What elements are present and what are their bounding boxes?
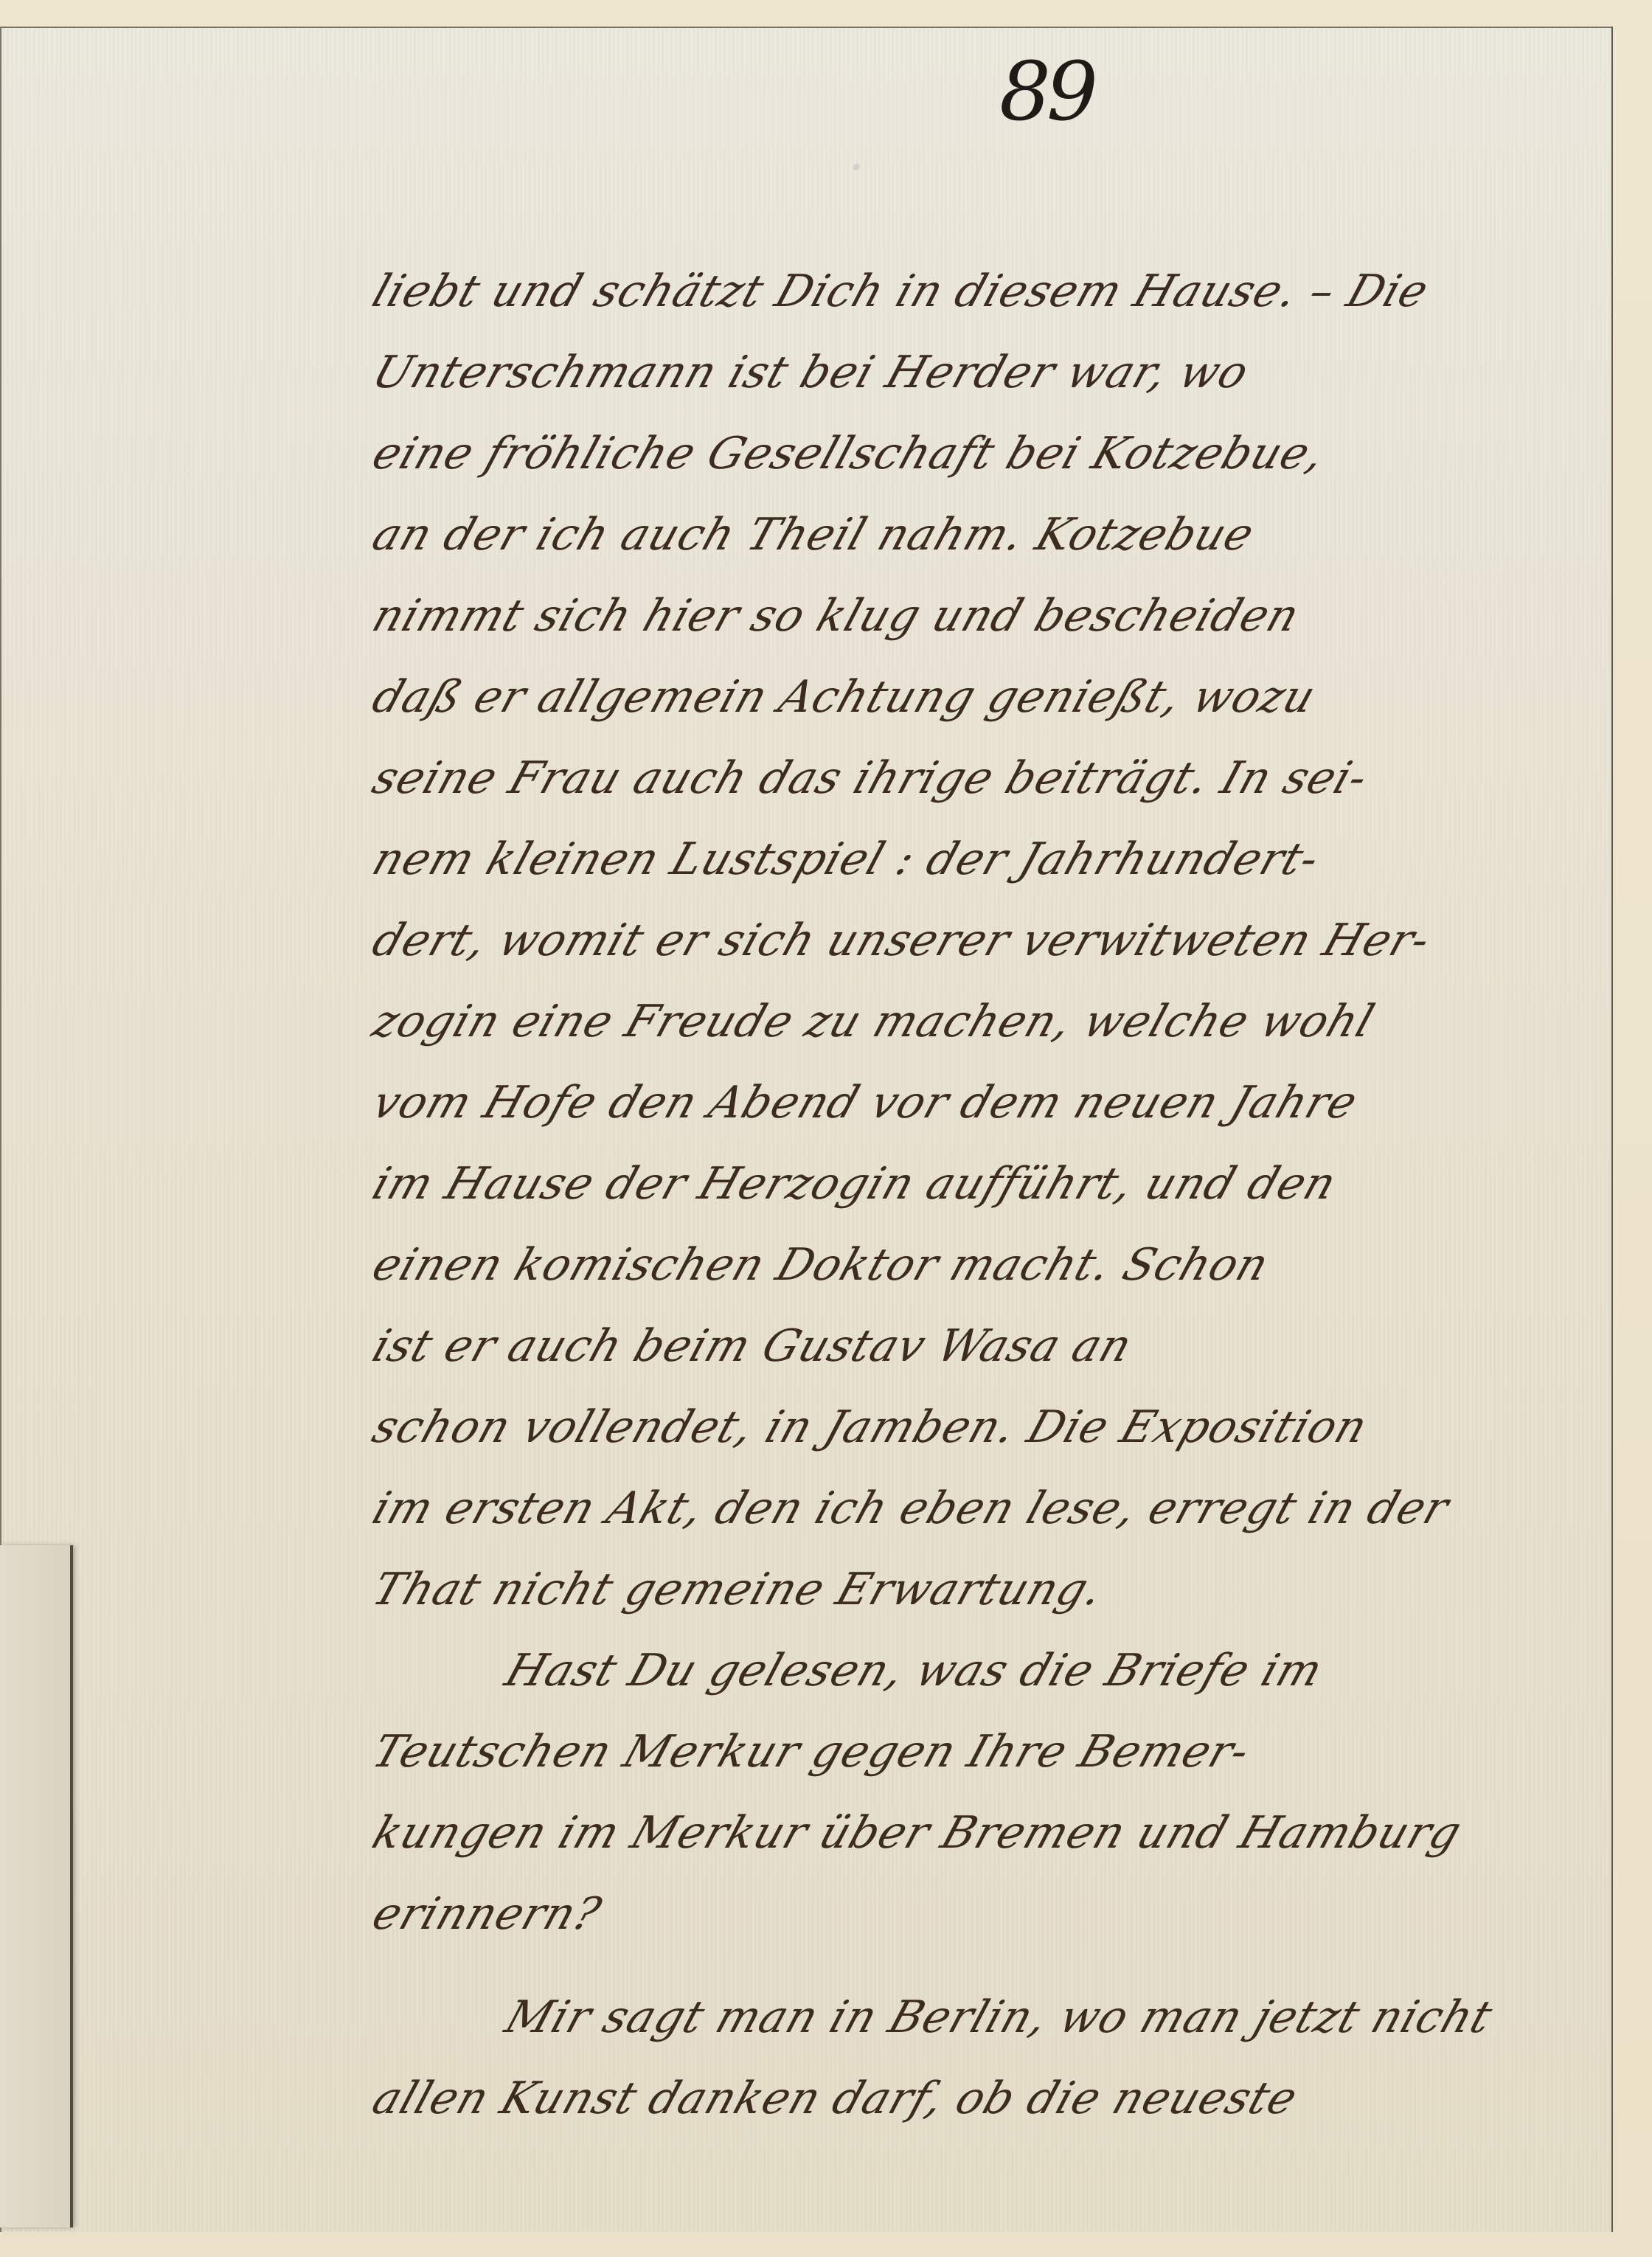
page-number: 89 [999, 44, 1094, 139]
text-line: nimmt sich hier so klug und bescheiden [361, 575, 1627, 656]
text-line: kungen im Merkur über Bremen und Hamburg [361, 1792, 1627, 1873]
text-line: eine fröhliche Gesellschaft bei Kotzebue… [361, 413, 1627, 494]
text-line: im Hause der Herzogin aufführt, und den [361, 1143, 1627, 1224]
text-line: im ersten Akt, den ich eben lese, erregt… [361, 1468, 1627, 1549]
text-line: Teutschen Merkur gegen Ihre Bemer- [361, 1711, 1627, 1792]
text-line: daß er allgemein Achtung genießt, wozu [361, 656, 1627, 738]
text-line: erinnern? [361, 1873, 1627, 1955]
text-line: vom Hofe den Abend vor dem neuen Jahre [361, 1062, 1627, 1143]
handwritten-text-block: liebt und schätzt Dich in diesem Hause. … [361, 251, 1600, 2139]
text-line: nem kleinen Lustspiel : der Jahrhundert- [361, 819, 1627, 900]
text-line: zogin eine Freude zu machen, welche wohl [361, 981, 1627, 1062]
text-line: liebt und schätzt Dich in diesem Hause. … [361, 251, 1627, 332]
text-line: seine Frau auch das ihrige beiträgt. In … [361, 738, 1627, 819]
text-line: allen Kunst danken darf, ob die neueste [361, 2058, 1627, 2139]
text-line: That nicht gemeine Erwartung. [361, 1549, 1627, 1630]
show-through-writing: · [848, 137, 864, 198]
paragraph-start-line: Hast Du gelesen, was die Briefe im [361, 1630, 1627, 1711]
text-line: Unterschmann ist bei Herder war, wo [361, 332, 1627, 413]
mounting-flap [0, 1545, 73, 2227]
text-line: ist er auch beim Gustav Wasa an [361, 1306, 1627, 1387]
text-line: dert, womit er sich unserer verwitweten … [361, 900, 1627, 981]
text-line: einen komischen Doktor macht. Schon [361, 1224, 1627, 1306]
text-line: schon vollendet, in Jamben. Die Expositi… [361, 1387, 1627, 1468]
paragraph-start-line: Mir sagt man in Berlin, wo man jetzt nic… [361, 1977, 1627, 2058]
text-line: an der ich auch Theil nahm. Kotzebue [361, 494, 1627, 575]
